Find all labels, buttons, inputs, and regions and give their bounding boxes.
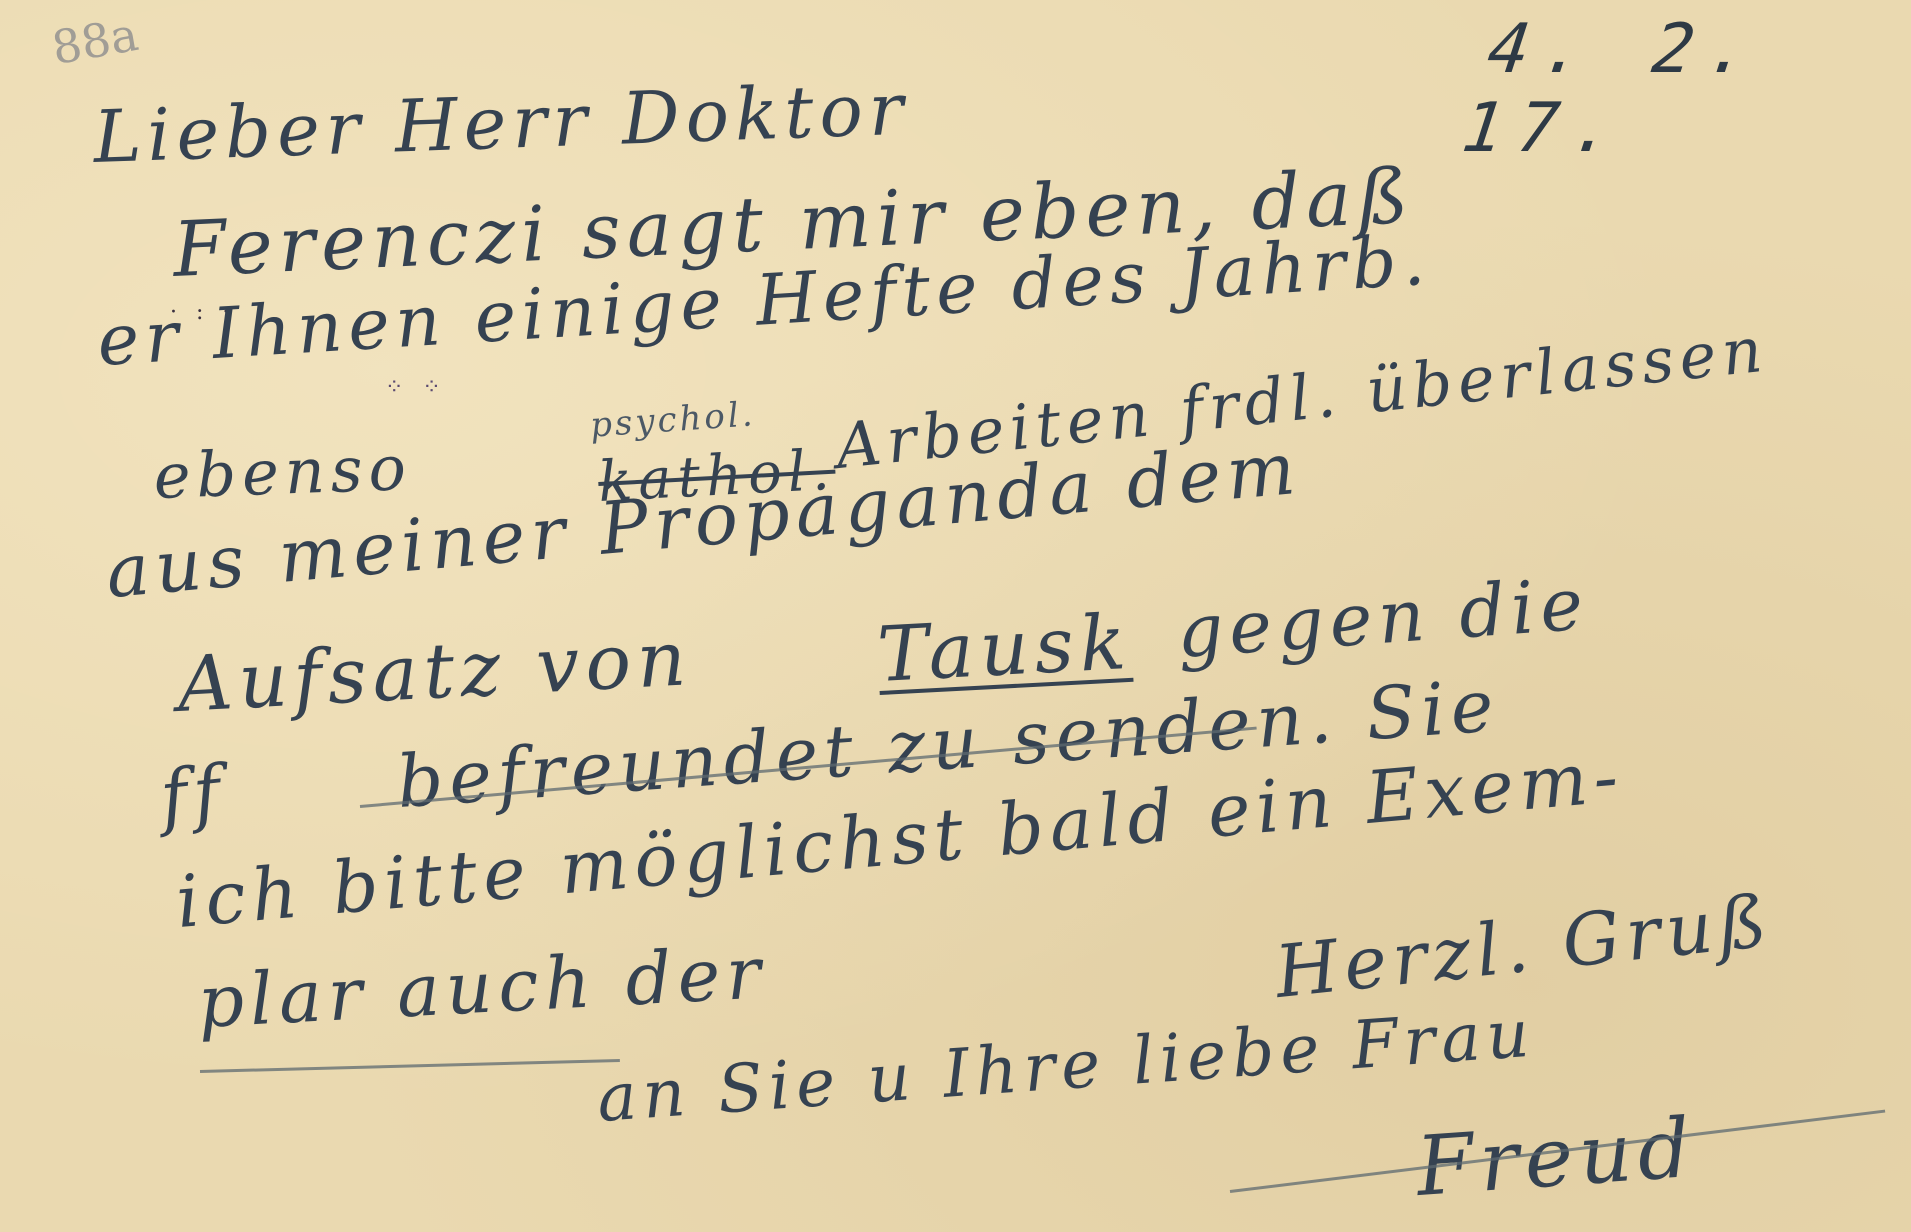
underlined-name: Tausk xyxy=(875,597,1133,699)
closing-line: an Sie u Ihre liebe Frau xyxy=(595,995,1538,1137)
body-line-3-start: ebenso xyxy=(152,431,413,513)
letter-date: 4. 2. 17. xyxy=(1449,10,1911,168)
signature: Freud xyxy=(1413,1101,1699,1215)
postcard: 88a 4. 2. 17. Lieber Herr Doktor Ferencz… xyxy=(0,0,1911,1232)
body-line-8: plar auch der xyxy=(196,930,769,1044)
salutation: Lieber Herr Doktor xyxy=(92,67,910,179)
ink-spatter: ⁘ ⁘ xyxy=(385,375,447,400)
closing-greeting: Herzl. Gruß xyxy=(1271,878,1776,1014)
inserted-word: psychol. xyxy=(589,394,757,445)
margin-mark: ff xyxy=(156,749,230,839)
flourish-line xyxy=(200,1059,620,1073)
body-line-5-tail: gegen die xyxy=(1174,561,1591,674)
body-line-5: Aufsatz von xyxy=(175,613,694,729)
archive-number-pencil: 88a xyxy=(48,7,142,75)
